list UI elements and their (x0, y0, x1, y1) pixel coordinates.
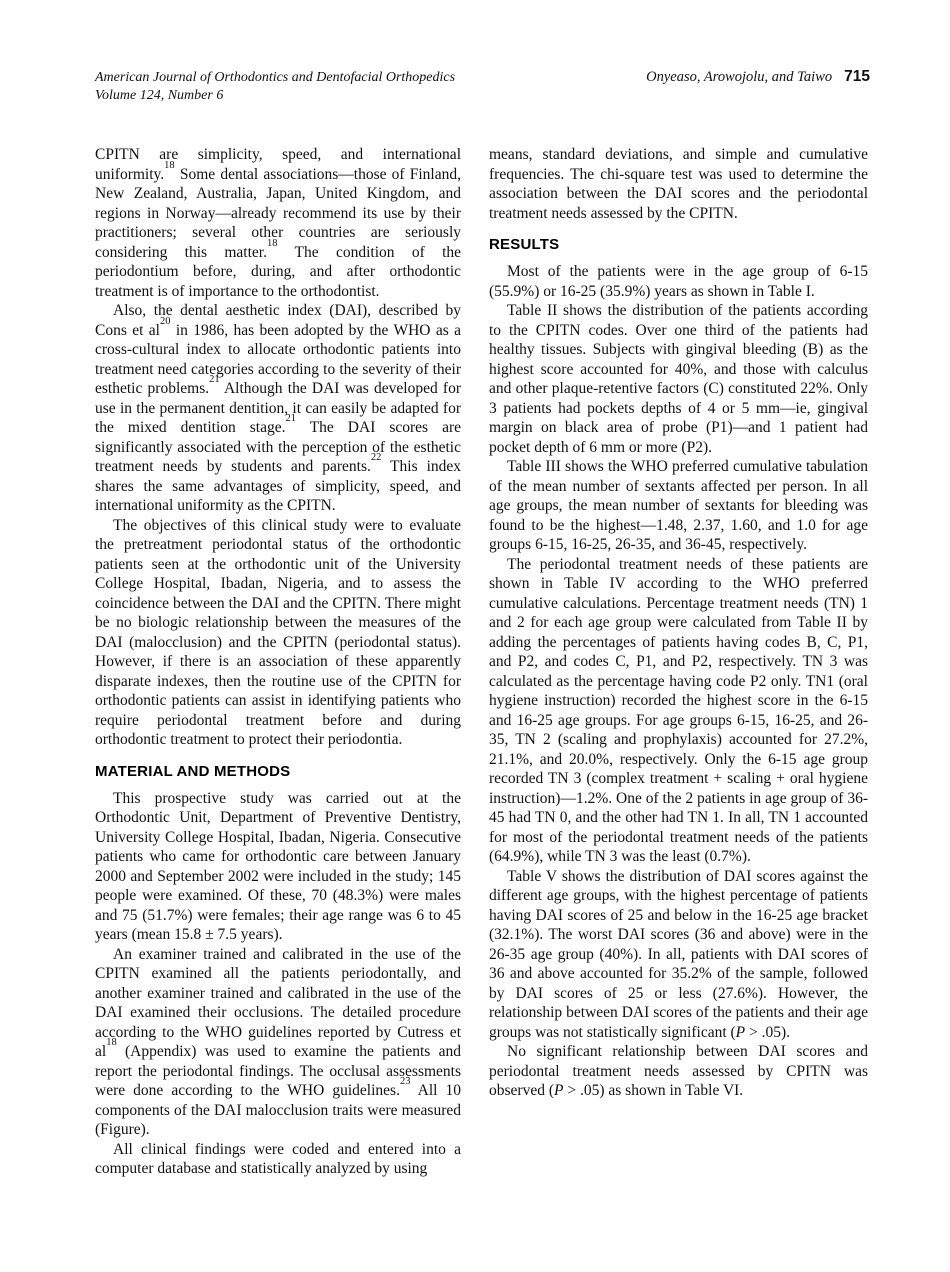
text-run: (Appendix) was used to examine the patie… (95, 1043, 461, 1099)
paragraph: Table II shows the distribution of the p… (489, 301, 868, 457)
paragraph: The objectives of this clinical study we… (95, 516, 461, 750)
superscript-reference: 20 (160, 316, 171, 327)
journal-info: American Journal of Orthodontics and Den… (95, 69, 455, 105)
text-run: Number (168, 88, 217, 103)
text-run: > .05). (745, 1024, 790, 1041)
paragraph: CPITN are simplicity, speed, and interna… (95, 145, 461, 301)
paragraph: No significant relationship between DAI … (489, 1042, 868, 1101)
journal-page: American Journal of Orthodontics and Den… (0, 0, 950, 1272)
text-run: Volume (95, 88, 140, 103)
running-authors: Onyeaso, Arowojolu, and Taiwo (646, 68, 832, 86)
text-run: 124, (140, 88, 168, 103)
superscript-reference: 22 (371, 452, 382, 463)
paragraph: This prospective study was carried out a… (95, 789, 461, 945)
paragraph: The periodontal treatment needs of these… (489, 555, 868, 867)
section-heading: RESULTS (489, 236, 868, 253)
text-run: 6 (216, 88, 223, 103)
paragraph: means, standard deviations, and simple a… (489, 145, 868, 223)
journal-title: American Journal of Orthodontics and Den… (95, 69, 455, 87)
paragraph: Table V shows the distribution of DAI sc… (489, 867, 868, 1043)
text-run: Table V shows the distribution of DAI sc… (489, 868, 868, 1041)
text-run: Table III shows the WHO preferred cumula… (489, 458, 868, 553)
superscript-reference: 18 (267, 238, 278, 249)
superscript-reference: 21 (209, 374, 220, 385)
text-run: Most of the patients were in the age gro… (489, 263, 868, 300)
superscript-reference: 18 (106, 1037, 117, 1048)
text-run: All clinical findings were coded and ent… (95, 1141, 461, 1178)
text-run: This prospective study was carried out a… (95, 790, 461, 944)
text-run: Table II shows the distribution of the p… (489, 302, 868, 456)
right-column: means, standard deviations, and simple a… (489, 145, 868, 1179)
left-column: CPITN are simplicity, speed, and interna… (95, 145, 461, 1179)
page-header: American Journal of Orthodontics and Den… (95, 68, 870, 105)
text-run: > .05) as shown in Table VI. (563, 1082, 743, 1099)
paragraph: All clinical findings were coded and ent… (95, 1140, 461, 1179)
article-body: CPITN are simplicity, speed, and interna… (95, 145, 950, 1179)
superscript-reference: 21 (286, 413, 297, 424)
volume-line: Volume 124, Number 6 (95, 87, 455, 105)
page-number: 715 (844, 68, 870, 86)
section-heading: MATERIAL AND METHODS (95, 763, 461, 780)
text-run: The objectives of this clinical study we… (95, 517, 461, 749)
superscript-reference: 23 (400, 1076, 411, 1087)
superscript-reference: 18 (164, 160, 175, 171)
text-run: P (736, 1024, 745, 1041)
paragraph: Table III shows the WHO preferred cumula… (489, 457, 868, 555)
text-run: The periodontal treatment needs of these… (489, 556, 868, 866)
running-head: Onyeaso, Arowojolu, and Taiwo 715 (646, 68, 870, 86)
paragraph: An examiner trained and calibrated in th… (95, 945, 461, 1140)
paragraph: Most of the patients were in the age gro… (489, 262, 868, 301)
paragraph: Also, the dental aesthetic index (DAI), … (95, 301, 461, 516)
text-run: means, standard deviations, and simple a… (489, 146, 868, 222)
